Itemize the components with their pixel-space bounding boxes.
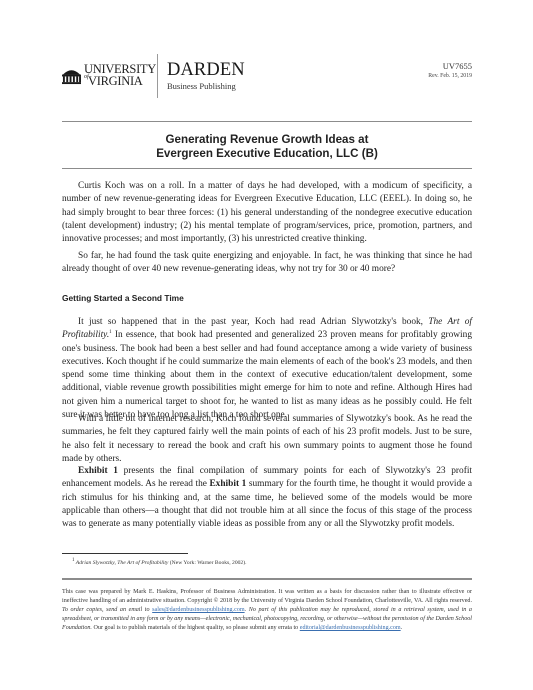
paragraph-1-text: Curtis Koch was on a roll. In a matter o… bbox=[62, 180, 472, 246]
darden-logo: DARDEN bbox=[167, 61, 245, 80]
title-line-2: Evergreen Executive Education, LLC (B) bbox=[62, 147, 472, 161]
logo-divider bbox=[157, 54, 158, 98]
copyright-part-2: Our goal is to publish materials of the … bbox=[92, 625, 300, 631]
footnote-publication: (New York: Warner Books, 2002). bbox=[168, 560, 246, 566]
paragraph-5-text: Exhibit 1 presents the final compilation… bbox=[62, 465, 472, 531]
footnote-rule bbox=[62, 553, 188, 554]
sales-email-link[interactable]: sales@dardenbusinesspublishing.com bbox=[152, 607, 244, 613]
paragraph-5: Exhibit 1 presents the final compilation… bbox=[62, 465, 472, 531]
paragraph-1: Curtis Koch was on a roll. In a matter o… bbox=[62, 180, 472, 246]
paragraph-3-intro: It just so happened that in the past yea… bbox=[78, 317, 428, 327]
copyright-order-text: To order copies, send an email to bbox=[62, 607, 152, 613]
case-number: UV7655 bbox=[443, 62, 472, 71]
business-publishing-text: Business Publishing bbox=[167, 82, 236, 91]
paragraph-4-text: With a little bit of internet research, … bbox=[62, 413, 472, 466]
footnote-author: Adrian Slywotzky, bbox=[75, 560, 118, 566]
copyright-part-1: This case was prepared by Mark E. Haskin… bbox=[62, 589, 472, 604]
paragraph-2-text: So far, he had found the task quite ener… bbox=[62, 250, 472, 277]
copyright-rule bbox=[62, 578, 472, 580]
section-heading: Getting Started a Second Time bbox=[62, 294, 184, 302]
title-top-rule bbox=[62, 121, 472, 122]
virginia-text: VIRGINIA bbox=[84, 75, 156, 88]
of-text: of bbox=[84, 74, 89, 80]
exhibit-1-ref: Exhibit 1 bbox=[78, 466, 118, 476]
paragraph-3: It just so happened that in the past yea… bbox=[62, 316, 472, 422]
title-bottom-rule bbox=[62, 168, 472, 169]
paragraph-3-rest: In essence, that book had presented and … bbox=[62, 330, 472, 420]
exhibit-1-ref-2: Exhibit 1 bbox=[209, 479, 246, 489]
errata-email-link[interactable]: editorial@dardenbusinesspublishing.com bbox=[300, 625, 401, 631]
footnote-book-title: The Art of Profitability bbox=[117, 560, 168, 566]
footnote: 1 Adrian Slywotzky, The Art of Profitabi… bbox=[72, 561, 246, 567]
document-title: Generating Revenue Growth Ideas at Everg… bbox=[62, 133, 472, 161]
university-of-virginia-logo: UNIVERSITY of VIRGINIA bbox=[62, 62, 154, 92]
document-page: UNIVERSITY of VIRGINIA DARDEN Business P… bbox=[0, 0, 533, 690]
paragraph-2: So far, he had found the task quite ener… bbox=[62, 250, 472, 277]
revision-date: Rev. Feb. 15, 2019 bbox=[428, 74, 472, 80]
rotunda-icon bbox=[62, 66, 81, 85]
paragraph-4: With a little bit of internet research, … bbox=[62, 413, 472, 466]
university-wordmark: UNIVERSITY of VIRGINIA bbox=[84, 63, 156, 87]
title-line-1: Generating Revenue Growth Ideas at bbox=[62, 133, 472, 147]
copyright-end: . bbox=[401, 625, 403, 631]
copyright-notice: This case was prepared by Mark E. Haskin… bbox=[62, 588, 472, 633]
paragraph-3-text: It just so happened that in the past yea… bbox=[62, 316, 472, 422]
